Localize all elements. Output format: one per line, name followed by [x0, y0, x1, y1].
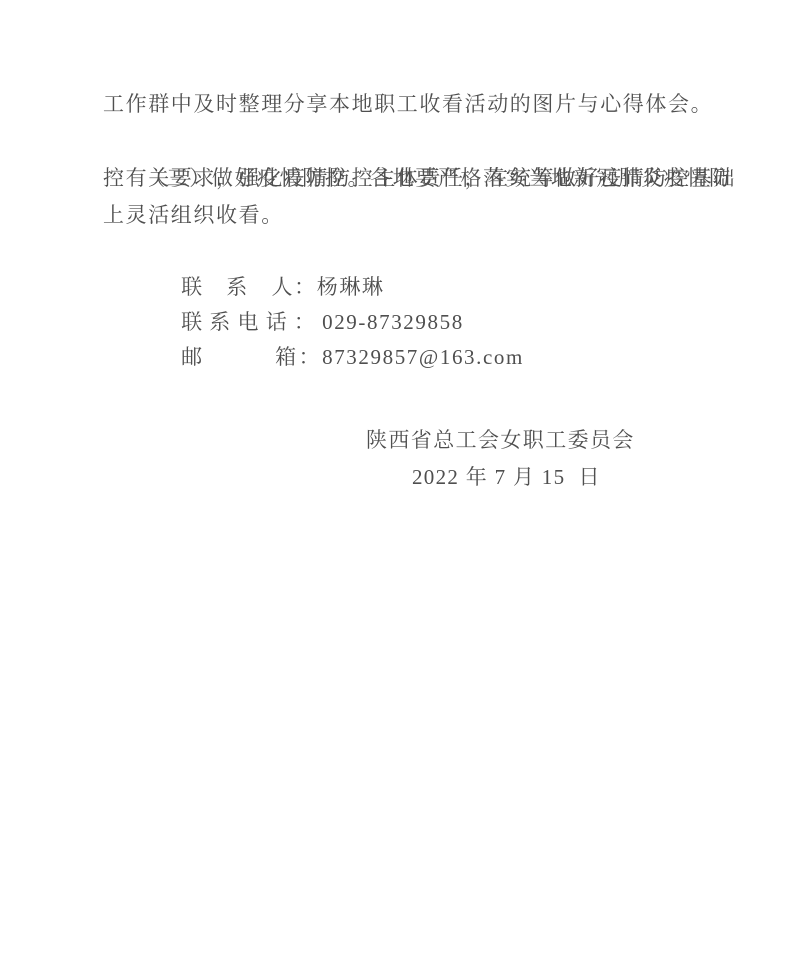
contact-phone-value: 029-87329858 [322, 310, 464, 334]
contact-block: 联 系 人：杨琳琳 联系电话：029-87329858 邮 箱：87329857… [140, 235, 524, 340]
paragraph-line: 工作群中及时整理分享本地职工收看活动的图片与心得体会。 [103, 86, 763, 123]
paragraph-line: 上灵活组织收看。 [103, 197, 763, 234]
contact-person-label: 联 系 人： [181, 270, 317, 305]
signature-date: 2022 年 7 月 15 日 [412, 465, 601, 489]
contact-row-person: 联 系 人：杨琳琳 [140, 235, 524, 270]
contact-phone-label: 联系电话： [181, 305, 322, 340]
contact-email-value: 87329857@163.com [322, 345, 524, 369]
document-body: 工作群中及时整理分享本地职工收看活动的图片与心得体会。 （三）做好疫情防控。各地… [103, 86, 763, 234]
signature-org: 陕西省总工会女职工委员会 [366, 428, 635, 452]
document-page: 工作群中及时整理分享本地职工收看活动的图片与心得体会。 （三）做好疫情防控。各地… [0, 0, 794, 963]
paragraph-line: （三）做好疫情防控。各地要严格落实当地新冠肺炎疫情防 [103, 123, 763, 160]
contact-person-value: 杨琳琳 [317, 275, 385, 299]
paragraph-line: 控有关要求，强化疫情防控主体责任，在统筹做好疫情防控基础 [103, 160, 763, 197]
contact-email-label: 邮 箱： [181, 340, 322, 375]
